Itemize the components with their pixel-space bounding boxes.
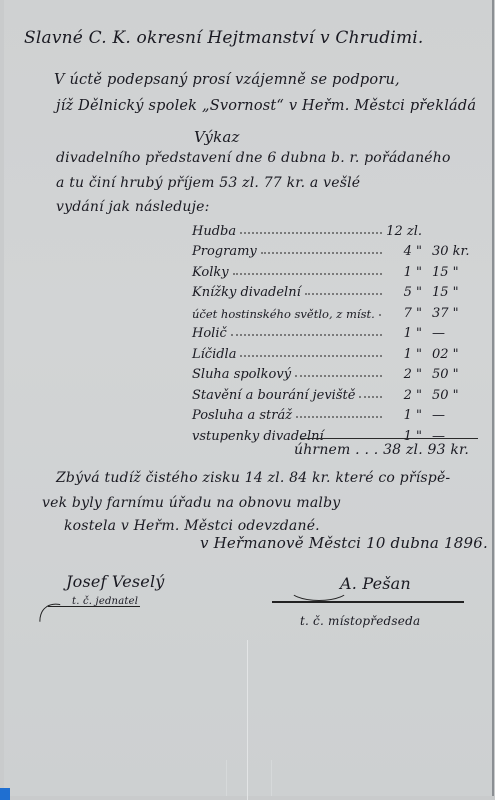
expense-amount-zl: 2 " bbox=[386, 367, 422, 382]
blue-tape-corner bbox=[0, 788, 10, 800]
expense-amount-kr: 50 " bbox=[422, 367, 492, 382]
total-dots: . . . bbox=[355, 442, 383, 458]
expense-amount-kr: 37 " bbox=[422, 306, 492, 321]
signature-right-name: A. Pešan bbox=[340, 574, 411, 593]
expense-amount-kr: 15 " bbox=[422, 265, 492, 280]
expense-label: Kolky bbox=[192, 265, 229, 280]
leader-dots bbox=[240, 232, 382, 234]
leader-dots bbox=[379, 314, 382, 316]
expense-row: Hudba 12 zl. bbox=[192, 218, 492, 239]
closing-line-2: vek byly farnímu úřadu na obnovu malby bbox=[42, 495, 340, 511]
intro-line-2: jíž Dělnický spolek „Svornost“ v Heřm. M… bbox=[56, 98, 476, 114]
expense-amount-kr: 15 " bbox=[422, 285, 492, 300]
expense-label: Posluha a stráž bbox=[192, 408, 292, 423]
expense-amount-kr: — bbox=[422, 408, 492, 423]
body-line-1: divadelního představení dne 6 dubna b. r… bbox=[56, 150, 451, 166]
expense-amount-zl: 12 zl. bbox=[386, 224, 422, 239]
expense-amount-kr: — bbox=[422, 326, 492, 341]
leader-dots bbox=[261, 252, 382, 254]
expense-label: Líčidla bbox=[192, 347, 236, 362]
expense-amount-kr: 30 kr. bbox=[422, 244, 492, 259]
leader-dots bbox=[231, 334, 382, 336]
expense-label: Hudba bbox=[192, 224, 236, 239]
expense-amount-zl: 4 " bbox=[386, 244, 422, 259]
leader-dots bbox=[296, 416, 382, 418]
expense-label: účet hostinského světlo, z míst. bbox=[192, 307, 375, 321]
expense-label: Sluha spolkový bbox=[192, 367, 291, 382]
expense-amount-zl: 2 " bbox=[386, 388, 422, 403]
expense-amount-kr: 50 " bbox=[422, 388, 492, 403]
expense-label: Programy bbox=[192, 244, 257, 259]
expense-amount-kr: 02 " bbox=[422, 347, 492, 362]
intro-line-1: V úctě podepsaný prosí vzájemně se podpo… bbox=[54, 72, 400, 88]
leader-dots bbox=[305, 293, 382, 295]
leader-dots bbox=[240, 355, 382, 357]
total-line: úhrnem . . . 38 zl. 93 kr. bbox=[294, 442, 469, 458]
total-label: úhrnem bbox=[294, 442, 351, 458]
leader-dots bbox=[359, 396, 382, 398]
expense-row: Holič 1 " — bbox=[192, 321, 492, 342]
document-heading: Výkaz bbox=[194, 128, 240, 146]
expense-row: Stavění a bourání jeviště 2 " 50 " bbox=[192, 382, 492, 403]
leader-dots bbox=[233, 273, 382, 275]
body-line-2: a tu činí hrubý příjem 53 zl. 77 kr. a v… bbox=[56, 175, 360, 191]
total-value: 38 zl. 93 kr. bbox=[383, 442, 469, 458]
document-page: Slavné C. K. okresní Hejtmanství v Chrud… bbox=[4, 0, 494, 796]
body-line-3: vydání jak následuje: bbox=[56, 199, 210, 215]
expense-row: Knížky divadelní 5 " 15 " bbox=[192, 280, 492, 301]
leader-dots bbox=[295, 375, 382, 377]
signature-right-flourish bbox=[288, 575, 350, 601]
expense-label: Knížky divadelní bbox=[192, 285, 301, 300]
expense-row: Kolky 1 " 15 " bbox=[192, 259, 492, 280]
expense-row: Sluha spolkový 2 " 50 " bbox=[192, 362, 492, 383]
expense-amount-zl: 1 " bbox=[386, 265, 422, 280]
expense-amount-zl: 7 " bbox=[386, 306, 422, 321]
addressee-line: Slavné C. K. okresní Hejtmanství v Chrud… bbox=[24, 28, 424, 48]
expense-label: Stavění a bourání jeviště bbox=[192, 388, 355, 403]
signature-right-role: t. č. místopředseda bbox=[300, 614, 420, 628]
expense-label: Holič bbox=[192, 326, 227, 341]
sum-divider bbox=[300, 438, 478, 439]
expense-row: účet hostinského světlo, z míst. 7 " 37 … bbox=[192, 300, 492, 321]
expense-amount-zl: 1 " bbox=[386, 347, 422, 362]
signature-right-underline bbox=[272, 601, 464, 603]
expense-row: vstupenky divadelní 1 " — bbox=[192, 423, 492, 444]
expense-row: Líčidla 1 " 02 " bbox=[192, 341, 492, 362]
expense-amount-zl: 1 " bbox=[386, 408, 422, 423]
expense-amount-zl: 1 " bbox=[386, 326, 422, 341]
expense-table: Hudba 12 zl. Programy 4 " 30 kr. Kolky 1… bbox=[192, 218, 492, 444]
expense-amount-zl: 5 " bbox=[386, 285, 422, 300]
closing-line-1: Zbývá tudíž čistého zisku 14 zl. 84 kr. … bbox=[56, 470, 450, 486]
signature-left-name: Josef Veselý bbox=[66, 572, 165, 591]
closing-line-3: kostela v Heřm. Městci odevzdané. bbox=[64, 518, 320, 534]
place-and-date: v Heřmanově Městci 10 dubna 1896. bbox=[200, 534, 488, 552]
expense-row: Programy 4 " 30 kr. bbox=[192, 239, 492, 260]
paper-fold-crease bbox=[226, 760, 272, 796]
expense-row: Posluha a stráž 1 " — bbox=[192, 403, 492, 424]
